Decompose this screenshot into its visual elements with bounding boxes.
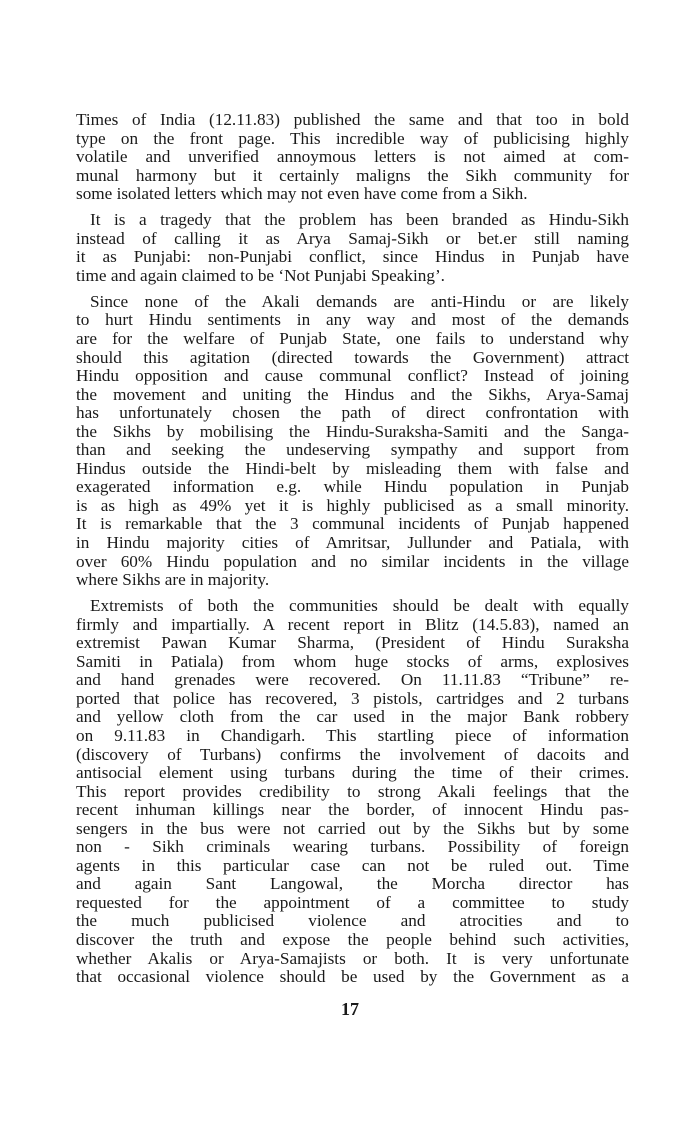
text-line: has unfortunately chosen the path of dir… (76, 404, 629, 423)
text-line: and again Sant Langowal, the Morcha dire… (76, 875, 629, 894)
text-line: to hurt Hindu sentiments in any way and … (76, 311, 629, 330)
text-line: recent inhuman killings near the border,… (76, 801, 629, 820)
text-line: non - Sikh criminals wearing turbans. Po… (76, 838, 629, 857)
text-line-content: instead of calling it as Arya Samaj-Sikh… (76, 230, 629, 249)
text-line: volatile and unverified annoymous letter… (76, 148, 629, 167)
text-line-content: Hindu opposition and cause communal conf… (76, 367, 629, 386)
paragraph: Since none of the Akali demands are anti… (76, 293, 629, 590)
text-line: should this agitation (directed towards … (76, 349, 629, 368)
text-line: discover the truth and expose the people… (76, 931, 629, 950)
text-line: sengers in the bus were not carried out … (76, 820, 629, 839)
text-line: exagerated information e.g. while Hindu … (76, 478, 629, 497)
text-line: the Sikhs by mobilising the Hindu-Suraks… (76, 423, 629, 442)
text-line: the much publicised violence and atrocit… (76, 912, 629, 931)
text-line-content: it as Punjabi: non-Punjabi conflict, sin… (76, 248, 629, 267)
text-line: Times of India (12.11.83) published the … (76, 111, 629, 130)
text-line: antisocial element using turbans during … (76, 764, 629, 783)
text-line-content: antisocial element using turbans during … (76, 764, 629, 783)
text-line-content: in Hindu majority cities of Amritsar, Ju… (76, 534, 629, 553)
text-line-content: (discovery of Turbans) confirms the invo… (76, 746, 629, 765)
text-line-content: Hindus outside the Hindi-belt by mislead… (76, 460, 629, 479)
text-line-content: volatile and unverified annoymous letter… (76, 148, 629, 167)
text-line: requested for the appointment of a commi… (76, 894, 629, 913)
text-line-content: Since none of the Akali demands are anti… (90, 293, 629, 312)
text-line-content: whether Akalis or Arya-Samajists or both… (76, 950, 629, 969)
text-line-content: time and again claimed to be ‘Not Punjab… (76, 267, 629, 286)
text-line: whether Akalis or Arya-Samajists or both… (76, 950, 629, 969)
text-line-content: recent inhuman killings near the border,… (76, 801, 629, 820)
text-line: that occasional violence should be used … (76, 968, 629, 987)
text-line: where Sikhs are in majority. (76, 571, 629, 590)
text-line-content: that occasional violence should be used … (76, 968, 629, 987)
text-line-content: Extremists of both the communities shoul… (90, 597, 629, 616)
text-line: it as Punjabi: non-Punjabi conflict, sin… (76, 248, 629, 267)
paragraph: It is a tragedy that the problem has bee… (76, 211, 629, 285)
text-line-content: than and seeking the undeserving sympath… (76, 441, 629, 460)
paragraph: Extremists of both the communities shoul… (76, 597, 629, 986)
text-line-content: over 60% Hindu population and no similar… (76, 553, 629, 572)
text-line: in Hindu majority cities of Amritsar, Ju… (76, 534, 629, 553)
text-line-content: type on the front page. This incredible … (76, 130, 629, 149)
text-line-content: to hurt Hindu sentiments in any way and … (76, 311, 629, 330)
text-line-content: non - Sikh criminals wearing turbans. Po… (76, 838, 629, 857)
text-line-content: some isolated letters which may not even… (76, 185, 629, 204)
text-line: the movement and uniting the Hindus and … (76, 386, 629, 405)
text-line: is as high as 49% yet it is highly publi… (76, 497, 629, 516)
text-line: than and seeking the undeserving sympath… (76, 441, 629, 460)
text-line-content: are for the welfare of Punjab State, one… (76, 330, 629, 349)
text-line-content: and again Sant Langowal, the Morcha dire… (76, 875, 629, 894)
text-line-content: Times of India (12.11.83) published the … (76, 111, 629, 130)
text-line: Hindus outside the Hindi-belt by mislead… (76, 460, 629, 479)
text-line: Since none of the Akali demands are anti… (76, 293, 629, 312)
text-line: are for the welfare of Punjab State, one… (76, 330, 629, 349)
text-line-content: This report provides credibility to stro… (76, 783, 629, 802)
text-line: and hand grenades were recovered. On 11.… (76, 671, 629, 690)
text-line: some isolated letters which may not even… (76, 185, 629, 204)
text-line: over 60% Hindu population and no similar… (76, 553, 629, 572)
text-line: Samiti in Patiala) from whom huge stocks… (76, 653, 629, 672)
text-line: on 9.11.83 in Chandigarh. This startling… (76, 727, 629, 746)
text-line-content: discover the truth and expose the people… (76, 931, 629, 950)
text-line: Hindu opposition and cause communal conf… (76, 367, 629, 386)
text-line: instead of calling it as Arya Samaj-Sikh… (76, 230, 629, 249)
text-line-content: on 9.11.83 in Chandigarh. This startling… (76, 727, 629, 746)
page-number: 17 (0, 999, 700, 1020)
text-line-content: It is a tragedy that the problem has bee… (90, 211, 629, 230)
text-line-content: should this agitation (directed towards … (76, 349, 629, 368)
text-line-content: agents in this particular case can not b… (76, 857, 629, 876)
text-line: Extremists of both the communities shoul… (76, 597, 629, 616)
text-line-content: the much publicised violence and atrocit… (76, 912, 629, 931)
text-line: munal harmony but it certainly maligns t… (76, 167, 629, 186)
text-line-content: and hand grenades were recovered. On 11.… (76, 671, 629, 690)
text-line-content: exagerated information e.g. while Hindu … (76, 478, 629, 497)
text-line-content: the Sikhs by mobilising the Hindu-Suraks… (76, 423, 629, 442)
text-line-content: ported that police has recovered, 3 pist… (76, 690, 629, 709)
text-line: agents in this particular case can not b… (76, 857, 629, 876)
text-line: time and again claimed to be ‘Not Punjab… (76, 267, 629, 286)
text-line: (discovery of Turbans) confirms the invo… (76, 746, 629, 765)
text-line: ported that police has recovered, 3 pist… (76, 690, 629, 709)
text-line-content: munal harmony but it certainly maligns t… (76, 167, 629, 186)
text-line: firmly and impartially. A recent report … (76, 616, 629, 635)
text-line: It is a tragedy that the problem has bee… (76, 211, 629, 230)
text-line-content: is as high as 49% yet it is highly publi… (76, 497, 629, 516)
text-line-content: Samiti in Patiala) from whom huge stocks… (76, 653, 629, 672)
text-line-content: the movement and uniting the Hindus and … (76, 386, 629, 405)
text-line-content: where Sikhs are in majority. (76, 571, 629, 590)
text-line-content: sengers in the bus were not carried out … (76, 820, 629, 839)
text-line-content: extremist Pawan Kumar Sharma, (President… (76, 634, 629, 653)
paragraph: Times of India (12.11.83) published the … (76, 111, 629, 204)
text-line-content: and yellow cloth from the car used in th… (76, 708, 629, 727)
text-line-content: It is remarkable that the 3 communal inc… (76, 515, 629, 534)
text-line: and yellow cloth from the car used in th… (76, 708, 629, 727)
text-line: extremist Pawan Kumar Sharma, (President… (76, 634, 629, 653)
text-line-content: firmly and impartially. A recent report … (76, 616, 629, 635)
page-body: Times of India (12.11.83) published the … (76, 111, 629, 994)
text-line: type on the front page. This incredible … (76, 130, 629, 149)
text-line: It is remarkable that the 3 communal inc… (76, 515, 629, 534)
text-line: This report provides credibility to stro… (76, 783, 629, 802)
text-line-content: requested for the appointment of a commi… (76, 894, 629, 913)
text-line-content: has unfortunately chosen the path of dir… (76, 404, 629, 423)
